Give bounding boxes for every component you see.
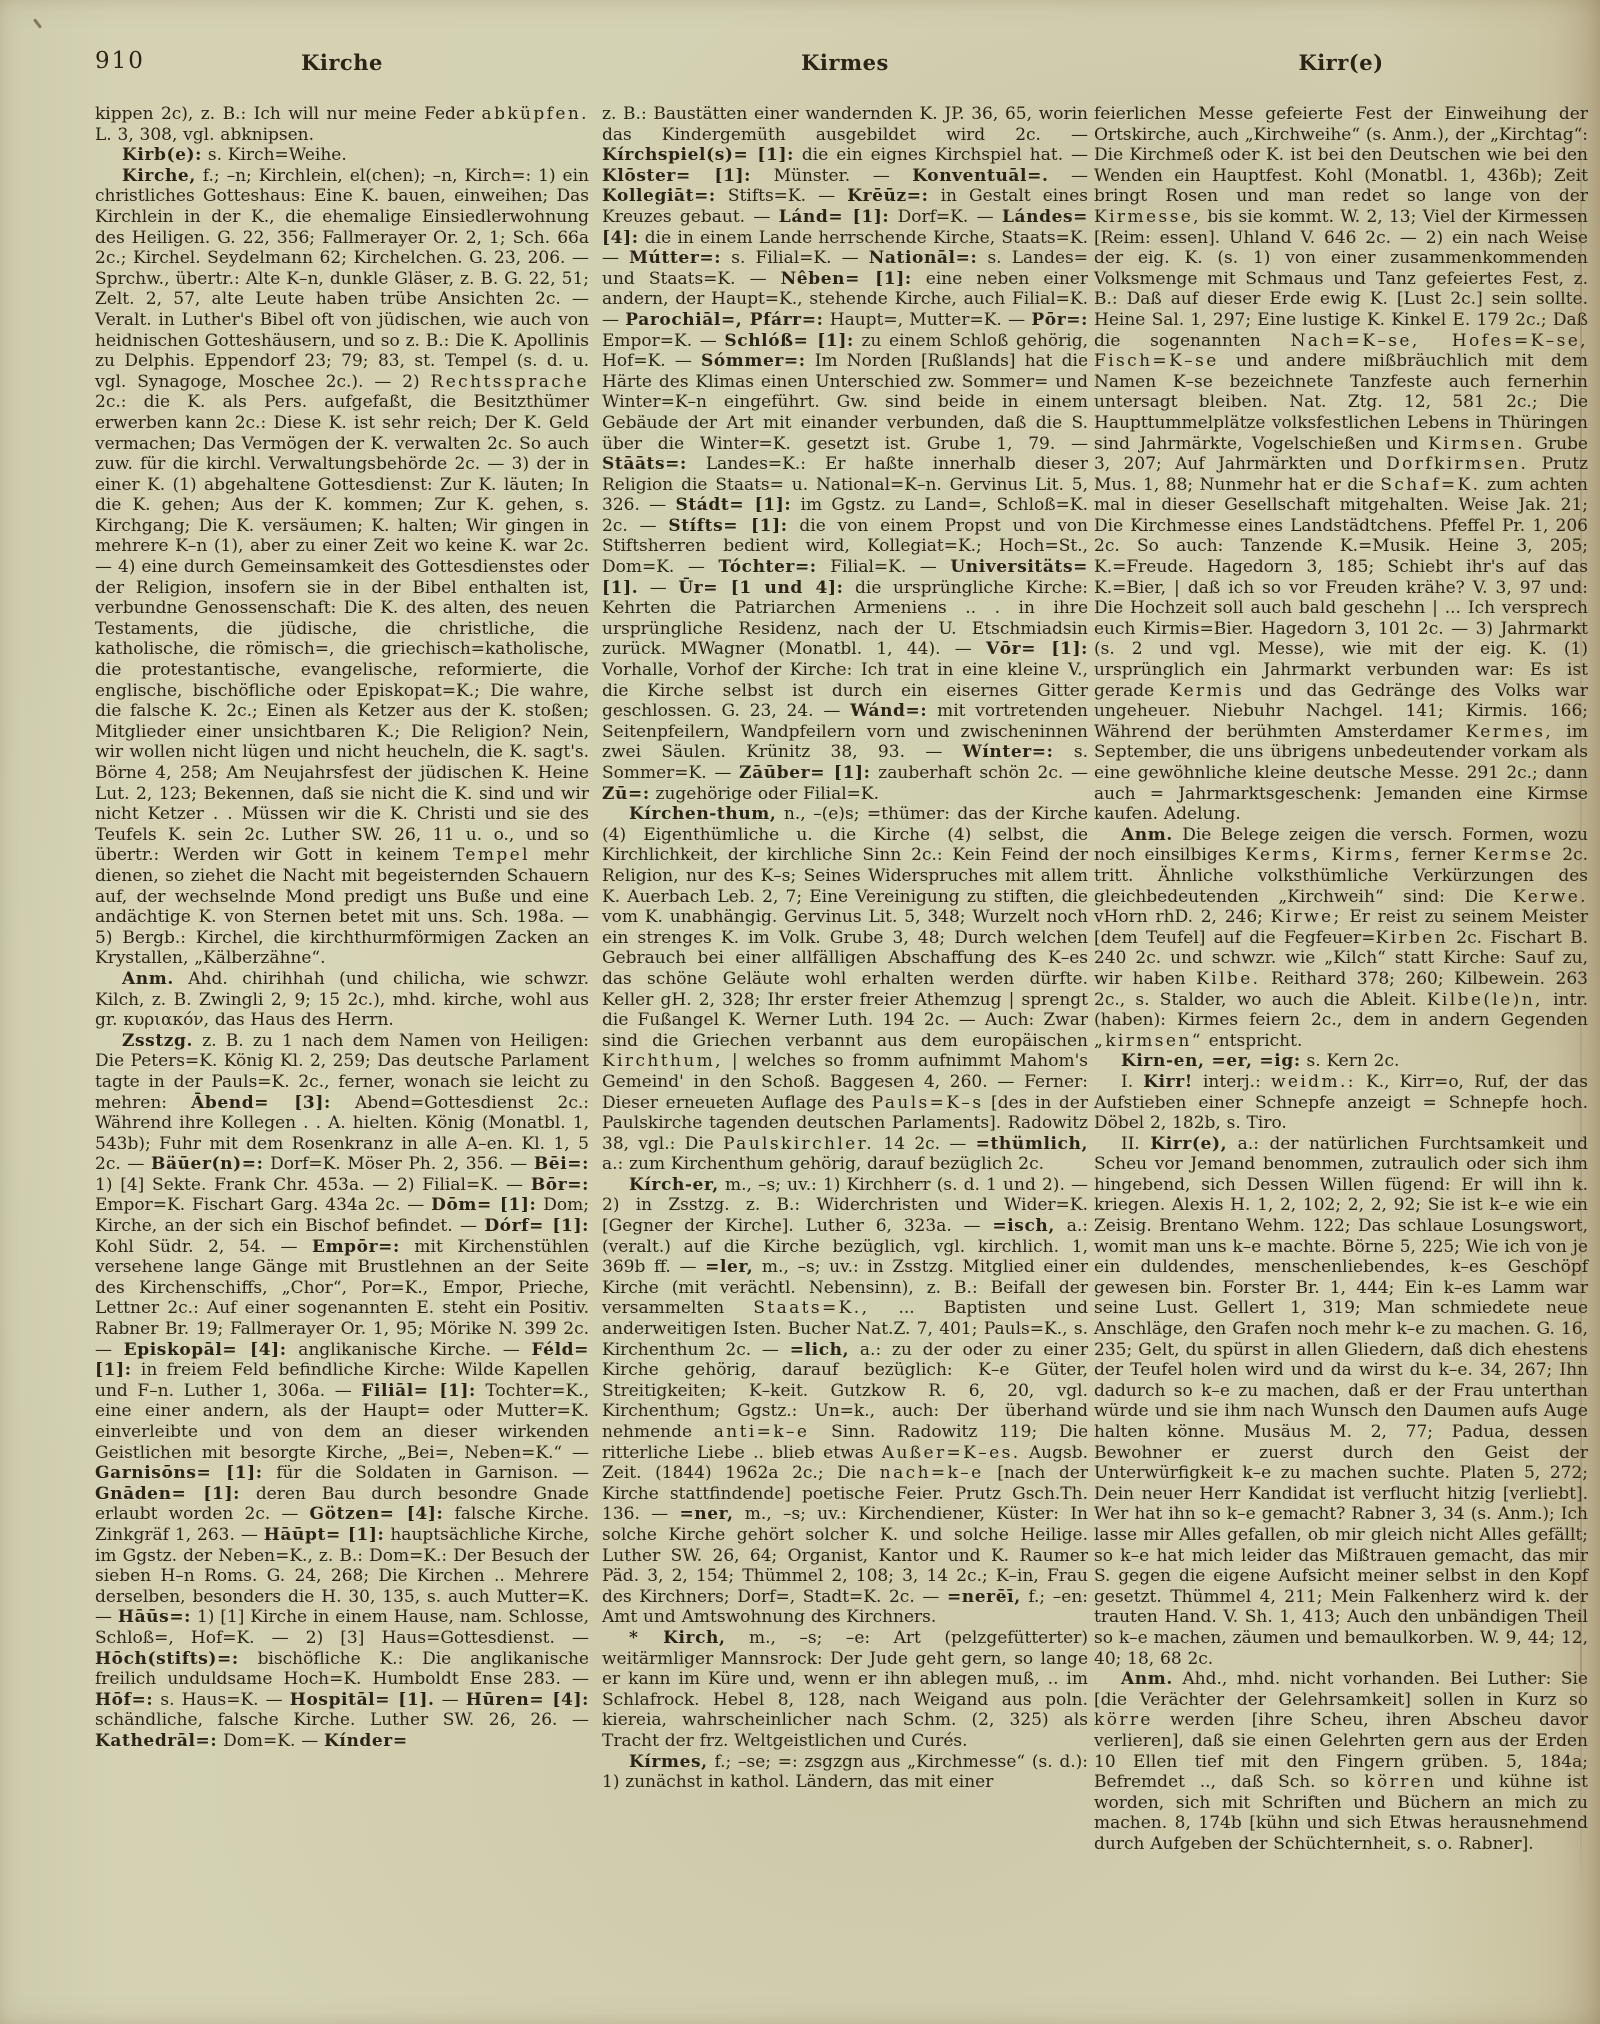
text-run: — <box>435 1690 466 1710</box>
text-run: für die Soldaten in Garnison. — <box>263 1463 589 1483</box>
headword: Pōr=: <box>1031 310 1088 330</box>
headword: Ābend= [3]: <box>191 1093 331 1113</box>
headword: Garnisōns= [1]: <box>95 1463 263 1483</box>
text-run: a.: zum Kirchenthum gehörig, darauf bezü… <box>602 1154 1044 1174</box>
headword: Dórf= [1]: <box>484 1216 589 1236</box>
headword: Nationāl=: <box>869 248 978 268</box>
headword: Zāūber= [1]: <box>739 763 870 783</box>
headword: Hūren= [4]: <box>466 1690 589 1710</box>
paragraph: feierlichen Messe gefeierte Fest der Ein… <box>1094 104 1588 825</box>
headword: Kínder= <box>324 1731 408 1751</box>
headword: Krēūz=: <box>847 186 928 206</box>
paragraph: z. B.: Baustätten einer wandernden K. JP… <box>602 104 1088 804</box>
text-run: 14 2c. — <box>874 1134 976 1154</box>
headword: Ūr= [1 und 4]: <box>678 578 843 598</box>
text-run: Empor=K. Fischart Garg. 434a 2c. — <box>95 1195 431 1215</box>
paragraph: Kírmes, f.; –se; =: zsgzgn aus „Kirchmes… <box>602 1752 1088 1793</box>
text-run: Dorf=K. Möser Ph. 2, 356. — <box>263 1154 533 1174</box>
headword: =ler, <box>705 1257 753 1277</box>
emphasized-text: Kirwe; <box>1271 907 1342 927</box>
headword: Kirche, <box>122 166 196 186</box>
text-run: s. Kirch=Weihe. <box>202 145 347 165</box>
text-run: Haupt=, Mutter=K. — <box>823 310 1031 330</box>
text-run: kippen 2c), z. B.: Ich will nur meine Fe… <box>95 104 482 124</box>
headword: Mútter=: <box>629 248 721 268</box>
text-run: z. B.: Baustätten einer wandernden K. JP… <box>602 104 1088 145</box>
headword: Konventuāl=. <box>912 166 1048 186</box>
headword: Filiāl= [1]: <box>361 1381 476 1401</box>
headword: Kírchspiel(s)= [1]: <box>602 145 794 165</box>
running-head-kirre: Kirr(e) <box>1094 50 1588 75</box>
emphasized-text: Pauls=K–s <box>872 1093 984 1113</box>
headword: Stāāts=: <box>602 454 687 474</box>
headword: Zū=: <box>602 784 650 804</box>
headword: Wínter=: <box>963 742 1054 762</box>
emphasized-text: weidm.: <box>1271 1072 1356 1092</box>
headword: Kírch-er, <box>629 1175 719 1195</box>
ink-speck <box>33 18 42 29</box>
paragraph: kippen 2c), z. B.: Ich will nur meine Fe… <box>95 104 589 145</box>
headword: Hospitāl= [1]. <box>290 1690 435 1710</box>
emphasized-text: Rechtssprache <box>431 372 589 392</box>
emphasized-text: Tempel <box>453 845 530 865</box>
text-run: Kohl Südr. 2, 54. — <box>95 1237 312 1257</box>
headword: =ner, <box>679 1504 733 1524</box>
headword: Bäūer(n)=: <box>151 1154 263 1174</box>
paragraph: Kirn-en, =er, =ig: s. Kern 2c. <box>1094 1051 1588 1072</box>
emphasized-text: Kerms, Kirms, <box>1245 845 1402 865</box>
emphasized-text: Kermse <box>1474 845 1554 865</box>
headword: Episkopāl= [4]: <box>124 1340 287 1360</box>
text-run: — <box>1048 166 1088 186</box>
headword: Empōr=: <box>312 1237 400 1257</box>
headword: Lánd= [1]: <box>779 207 890 227</box>
text-run: schändliche, falsche Kirche. Luther SW. … <box>95 1710 589 1730</box>
headword: Gnāden= [1]: <box>95 1484 240 1504</box>
emphasized-text: Kermes, <box>1466 722 1554 742</box>
headword: Nêben= [1]: <box>781 269 912 289</box>
emphasized-text: körren <box>1364 1772 1436 1792</box>
headword: Parochiāl=, Pfárr=: <box>625 310 823 330</box>
text-column-3: feierlichen Messe gefeierte Fest der Ein… <box>1094 104 1588 1854</box>
paragraph: Anm. Ahd., mhd. nicht vorhanden. Bei Lut… <box>1094 1669 1588 1854</box>
text-run: 2c.: die K. als Pers. aufgefaßt, die Bes… <box>95 392 589 865</box>
emphasized-text: Kirchthum, <box>602 1051 723 1071</box>
headword: Kírchen-thum, <box>629 804 776 824</box>
headword: Stífts= [1]: <box>668 516 787 536</box>
headword: Tóchter=: <box>718 557 816 577</box>
text-run: ferner <box>1402 845 1473 865</box>
paragraph: II. Kirr(e), a.: der natürlichen Furchts… <box>1094 1134 1588 1669</box>
text-run: L. 3, 308, vgl. abknipsen. <box>95 125 314 145</box>
text-run: n., –(e)s; =thümer: das der Kirche (4) E… <box>602 804 1088 1051</box>
headword: =thümlich, <box>976 1134 1088 1154</box>
text-column-2: z. B.: Baustätten einer wandernden K. JP… <box>602 104 1088 1793</box>
emphasized-text: Kirmsen. <box>1428 434 1525 454</box>
headword: Schlóß= [1]: <box>724 331 853 351</box>
emphasized-text: Außer=K–es. <box>882 1443 1021 1463</box>
emphasized-text: körre <box>1094 1710 1153 1730</box>
headword: Kirb(e): <box>122 145 202 165</box>
headword: Bēi=: <box>534 1154 589 1174</box>
headword: Kirr! <box>1143 1072 1193 1092</box>
paragraph: Kírchen-thum, n., –(e)s; =thümer: das de… <box>602 804 1088 1175</box>
text-run: a.: der natürlichen Furchtsamkeit und Sc… <box>1094 1134 1588 1669</box>
running-head-kirmes: Kirmes <box>602 50 1088 75</box>
headword: Kollegiāt=: <box>602 186 716 206</box>
headword: Zsstzg. <box>122 1031 193 1051</box>
emphasized-text: Kirben <box>1375 928 1448 948</box>
text-run: Münster. — <box>751 166 912 186</box>
emphasized-text: Kilbe(le)n, <box>1427 990 1543 1010</box>
emphasized-text: Kilbe. <box>1196 969 1260 989</box>
headword: Kirr(e), <box>1150 1134 1227 1154</box>
headword: Wánd=: <box>850 701 927 721</box>
headword: Anm. <box>122 969 174 989</box>
text-run: s. Kern 2c. <box>1301 1051 1400 1071</box>
headword: Kírmes, <box>629 1752 708 1772</box>
text-column-1: kippen 2c), z. B.: Ich will nur meine Fe… <box>95 104 589 1752</box>
emphasized-text: Kerwe. <box>1513 887 1588 907</box>
emphasized-text: Dorfkirmsen. <box>1386 454 1528 474</box>
emphasized-text: Staats=K., <box>753 1298 869 1318</box>
text-run: Empor=K. — <box>602 331 724 351</box>
headword: =isch, <box>992 1216 1055 1236</box>
headword: * Kirch, <box>629 1628 726 1648</box>
running-head-kirche: Kirche <box>95 50 589 75</box>
headword: Götzen= [4]: <box>310 1504 444 1524</box>
text-run: I. <box>1121 1072 1143 1092</box>
text-run: interj.: <box>1193 1072 1271 1092</box>
headword: Vōr= [1]: <box>986 639 1088 659</box>
headword: Hāūpt= [1]: <box>264 1525 385 1545</box>
paragraph: Kírch-er, m., –s; uv.: 1) Kirchherr (s. … <box>602 1175 1088 1628</box>
paragraph: Kirche, f.; –n; Kirchlein, el(chen); –n,… <box>95 166 589 969</box>
text-run: anglikanische Kirche. — <box>287 1340 532 1360</box>
emphasized-text: abküpfen. <box>482 104 589 124</box>
text-run: Filial=K. — <box>817 557 951 577</box>
headword: Anm. <box>1121 1669 1173 1689</box>
emphasized-text: Paulskirchler. <box>723 1134 874 1154</box>
text-run: Dom=K. — <box>217 1731 324 1751</box>
headword: Kirn-en, =er, =ig: <box>1121 1051 1301 1071</box>
emphasized-text: „kirmsen“ <box>1094 1031 1203 1051</box>
headword: Dōm= [1]: <box>431 1195 536 1215</box>
headword: =nerēī, <box>947 1587 1021 1607</box>
headword: Hōf=: <box>95 1690 153 1710</box>
text-run: zauberhaft schön 2c. — <box>871 763 1088 783</box>
text-run: s. Filial=K. — <box>721 248 869 268</box>
text-run: zugehörige oder Filial=K. <box>650 784 879 804</box>
emphasized-text: Schaf=K. <box>1380 475 1480 495</box>
text-run: Stifts=K. — <box>716 186 847 206</box>
paragraph: Anm. Ahd. chirihhah (und chilicha, wie s… <box>95 969 589 1031</box>
headword: Kathedrāl=: <box>95 1731 217 1751</box>
headword: Stádt= [1]: <box>675 495 791 515</box>
headword: Hōch(stifts)=: <box>95 1649 239 1669</box>
page-crease <box>1580 88 1582 1898</box>
paragraph: * Kirch, m., –s; –e: Art (pelzgefütterte… <box>602 1628 1088 1752</box>
headword: Klōster= [1]: <box>602 166 751 186</box>
headword: Sómmer=: <box>701 351 806 371</box>
paragraph: Kirb(e): s. Kirch=Weihe. <box>95 145 589 166</box>
text-run: feierlichen Messe gefeierte Fest der Ein… <box>1094 104 1588 206</box>
emphasized-text: nach=k–e <box>880 1463 984 1483</box>
text-run: II. <box>1121 1134 1150 1154</box>
headword: Anm. <box>1121 825 1173 845</box>
headword: =lich, <box>790 1340 849 1360</box>
emphasized-text: anti=k–e <box>714 1422 810 1442</box>
dictionary-page: 910 Kirche Kirmes Kirr(e) kippen 2c), z.… <box>0 0 1600 2024</box>
text-run: vHorn rhD. 2, 246; <box>1094 907 1271 927</box>
text-run: entspricht. <box>1203 1031 1303 1051</box>
text-run: f.; –n; Kirchlein, el(chen); –n, Kirch=:… <box>95 166 589 392</box>
headword: Hāūs=: <box>118 1607 191 1627</box>
paragraph: Zsstzg. z. B. zu 1 nach dem Namen von He… <box>95 1031 589 1752</box>
text-run: bis sie kommt. W. 2, 13; Viel der Kirmes… <box>1094 207 1588 351</box>
text-run: Dorf=K. — <box>889 207 1002 227</box>
paragraph: Anm. Die Belege zeigen die versch. Forme… <box>1094 825 1588 1052</box>
paragraph: I. Kirr! interj.: weidm.: K., Kirr=o, Ru… <box>1094 1072 1588 1134</box>
text-run: zum achten mal in dieser Gesellschaft mi… <box>1094 475 1588 701</box>
text-run: 1) [4] Sekte. Frank Chr. 453a. — 2) Fili… <box>95 1175 531 1195</box>
headword: Bōr=: <box>531 1175 589 1195</box>
text-run: s. Haus=K. — <box>153 1690 290 1710</box>
emphasized-text: Kermis <box>1169 681 1244 701</box>
text-run: — <box>638 578 678 598</box>
text-run: die ein eignes Kirchspiel hat. — <box>794 145 1088 165</box>
emphasized-text: Kirmesse, <box>1094 207 1201 227</box>
